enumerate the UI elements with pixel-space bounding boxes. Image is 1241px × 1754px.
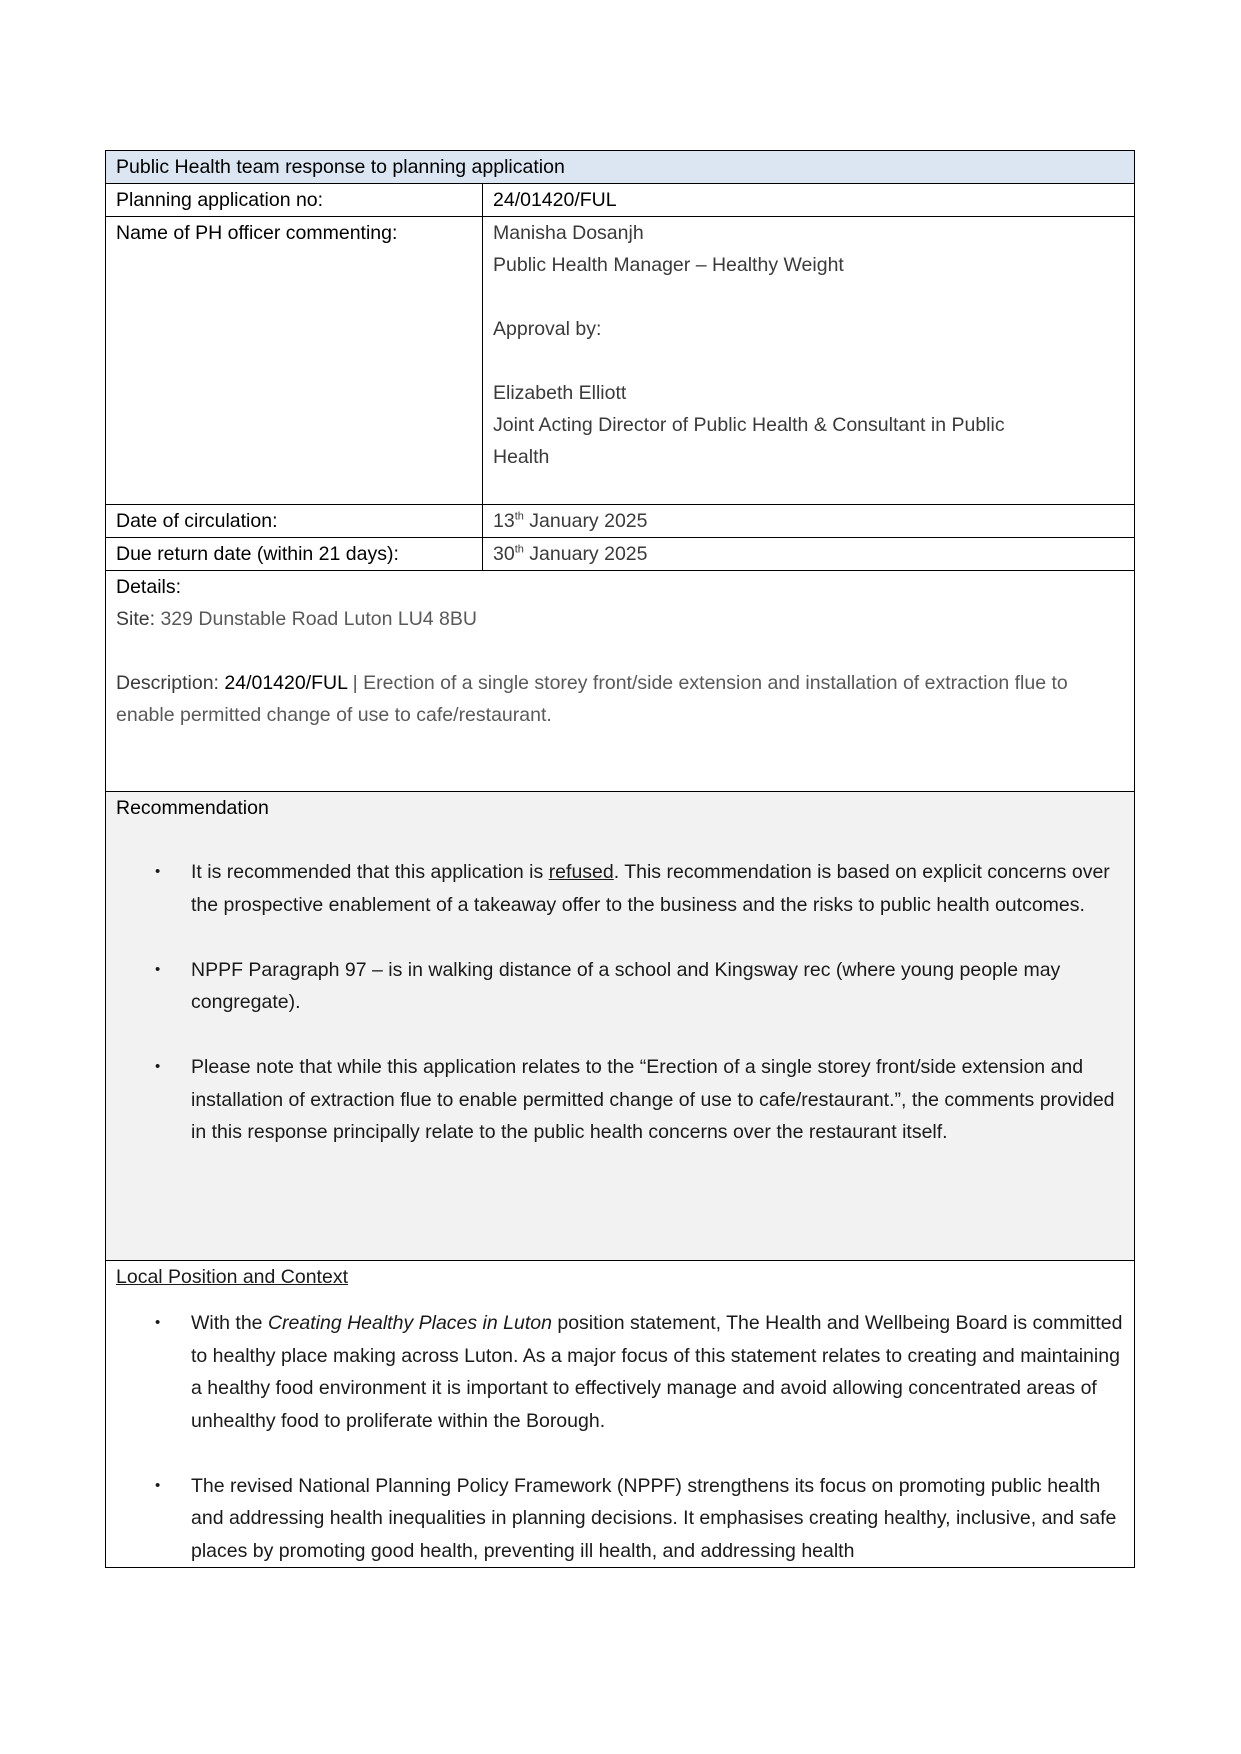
bullet-icon: • (155, 954, 160, 987)
spacer (116, 824, 1124, 856)
planning-application-value: 24/01420/FUL (483, 184, 1135, 217)
recommendation-text: NPPF Paragraph 97 – is in walking distan… (191, 959, 1060, 1014)
approver-role-line2: Health (493, 441, 1124, 473)
due-return-label: Due return date (within 21 days): (106, 538, 483, 571)
local-context-section: Local Position and Context • With the Cr… (106, 1261, 1135, 1568)
context-text: With the (191, 1312, 268, 1334)
spacer (116, 1293, 1124, 1307)
list-item: • With the Creating Healthy Places in Lu… (191, 1307, 1124, 1437)
list-item: • The revised National Planning Policy F… (191, 1470, 1124, 1568)
list-item: • Please note that while this applicatio… (191, 1051, 1124, 1149)
details-section: Details: Site: 329 Dunstable Road Luton … (106, 571, 1135, 792)
list-item: • It is recommended that this applicatio… (191, 856, 1124, 921)
form-title: Public Health team response to planning … (106, 151, 1135, 184)
recommendation-row: Recommendation • It is recommended that … (106, 792, 1135, 1261)
circulation-day: 13 (493, 510, 515, 532)
details-row: Details: Site: 329 Dunstable Road Luton … (106, 571, 1135, 792)
description-paragraph: Description: 24/01420/FUL | Erection of … (116, 667, 1124, 731)
officer-details: Manisha Dosanjh Public Health Manager – … (483, 217, 1135, 505)
officer-name: Manisha Dosanjh (493, 217, 1124, 249)
recommendation-text: Please note that while this application … (191, 1056, 1115, 1143)
recommendation-heading: Recommendation (116, 792, 1124, 824)
details-heading: Details: (116, 571, 1124, 603)
officer-row: Name of PH officer commenting: Manisha D… (106, 217, 1135, 505)
context-text: The revised National Planning Policy Fra… (191, 1475, 1116, 1562)
local-context-heading: Local Position and Context (116, 1261, 1124, 1293)
circulation-day-suffix: th (515, 511, 524, 523)
description-ref: 24/01420/FUL (224, 672, 347, 694)
site-label: Site: (116, 608, 160, 630)
list-item: • NPPF Paragraph 97 – is in walking dist… (191, 954, 1124, 1019)
circulation-date-row: Date of circulation: 13th January 2025 (106, 505, 1135, 538)
response-form-table: Public Health team response to planning … (105, 150, 1135, 1568)
officer-label: Name of PH officer commenting: (106, 217, 483, 505)
planning-response-document: Public Health team response to planning … (105, 150, 1135, 1568)
recommendation-list: • It is recommended that this applicatio… (116, 856, 1124, 1149)
site-line: Site: 329 Dunstable Road Luton LU4 8BU (116, 603, 1124, 635)
approver-role-line1: Joint Acting Director of Public Health &… (493, 409, 1124, 441)
local-context-row: Local Position and Context • With the Cr… (106, 1261, 1135, 1568)
bullet-icon: • (155, 856, 160, 889)
approval-label: Approval by: (493, 313, 1124, 345)
bullet-icon: • (155, 1307, 160, 1340)
form-header-row: Public Health team response to planning … (106, 151, 1135, 184)
due-day: 30 (493, 543, 515, 565)
approver-name: Elizabeth Elliott (493, 377, 1124, 409)
refused-emphasis: refused (549, 861, 614, 883)
circulation-date-label: Date of circulation: (106, 505, 483, 538)
spacer (493, 345, 1124, 377)
due-day-suffix: th (515, 544, 524, 556)
due-return-row: Due return date (within 21 days): 30th J… (106, 538, 1135, 571)
circulation-month-year: January 2025 (524, 510, 648, 532)
local-context-list: • With the Creating Healthy Places in Lu… (116, 1307, 1124, 1567)
officer-role: Public Health Manager – Healthy Weight (493, 249, 1124, 281)
circulation-date-value: 13th January 2025 (483, 505, 1135, 538)
bullet-icon: • (155, 1470, 160, 1503)
spacer (116, 635, 1124, 667)
description-label: Description: (116, 672, 224, 694)
spacer (493, 281, 1124, 313)
statement-title: Creating Healthy Places in Luton (268, 1312, 552, 1334)
bullet-icon: • (155, 1051, 160, 1084)
recommendation-text: It is recommended that this application … (191, 861, 549, 883)
site-value: 329 Dunstable Road Luton LU4 8BU (160, 608, 477, 630)
planning-application-label: Planning application no: (106, 184, 483, 217)
planning-application-row: Planning application no: 24/01420/FUL (106, 184, 1135, 217)
recommendation-section: Recommendation • It is recommended that … (106, 792, 1135, 1261)
due-return-value: 30th January 2025 (483, 538, 1135, 571)
due-month-year: January 2025 (524, 543, 648, 565)
